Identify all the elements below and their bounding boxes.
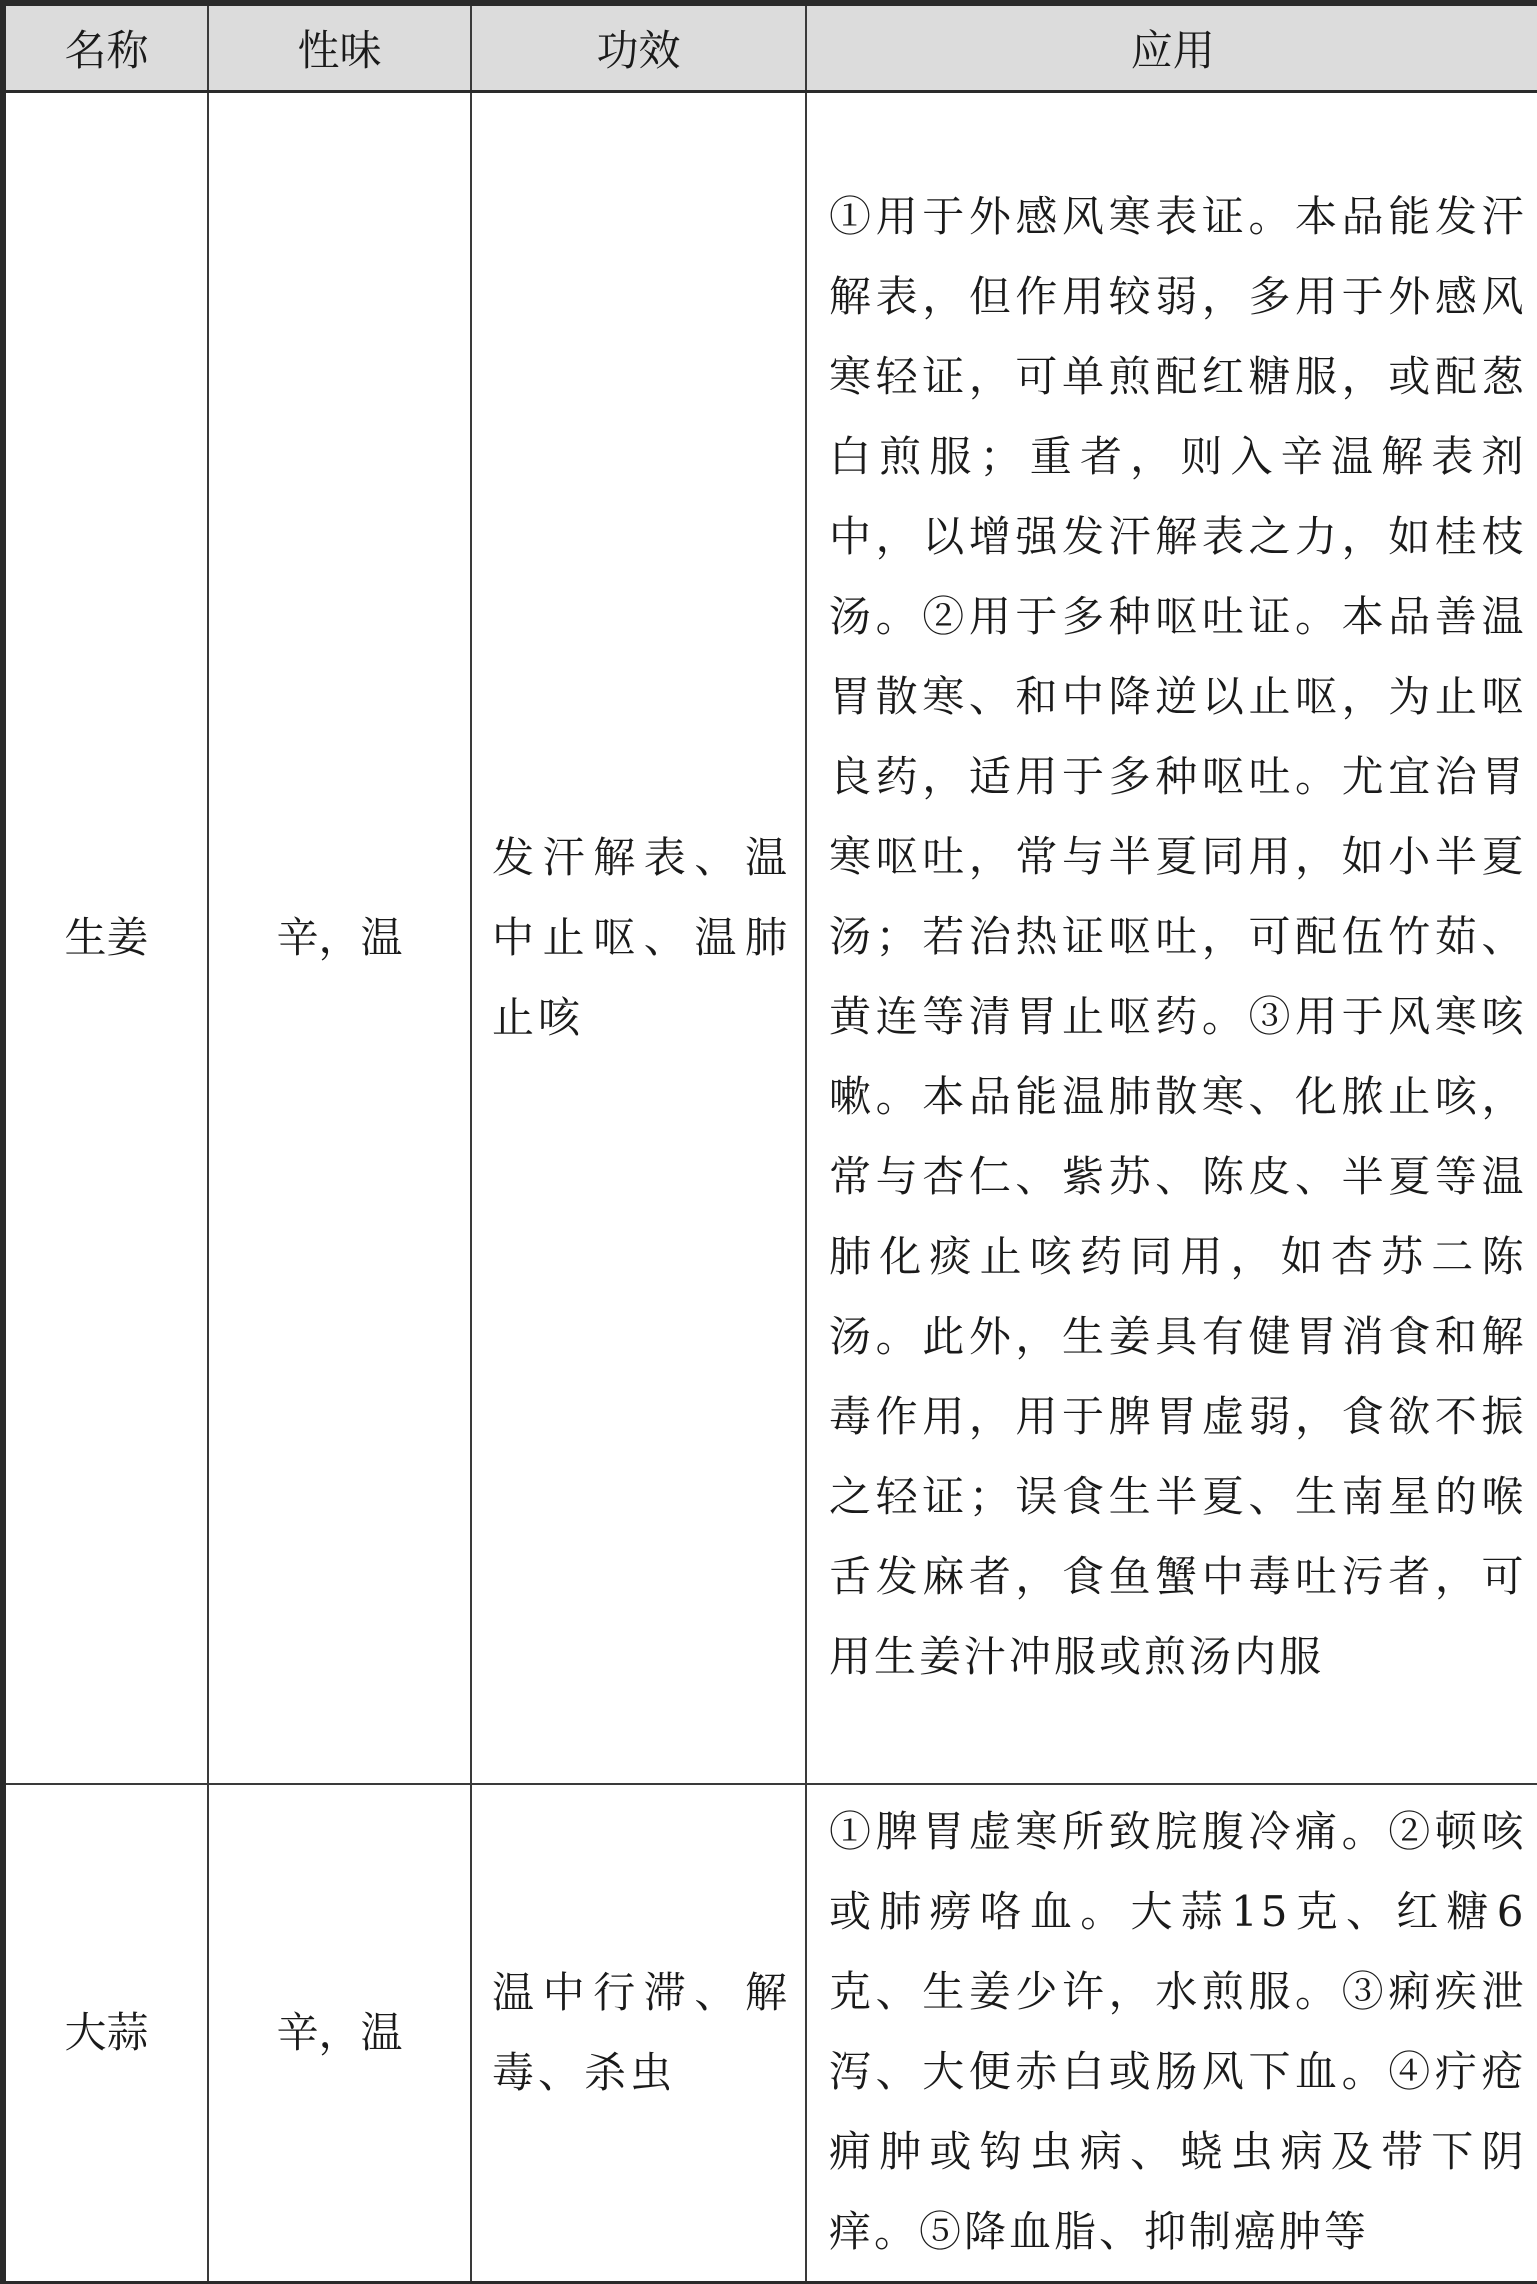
header-row: 名称 性味 功效 应用 — [3, 3, 1537, 92]
header-effect: 功效 — [471, 3, 806, 92]
cell-usage: ①脾胃虚寒所致脘腹冷痛。②顿咳或肺痨咯血。大蒜15克、红糖6克、生姜少许，水煎服… — [806, 1784, 1537, 2272]
table-row: 大蒜 辛，温 温中行滞、解毒、杀虫 ①脾胃虚寒所致脘腹冷痛。②顿咳或肺痨咯血。大… — [3, 1784, 1537, 2272]
header-name: 名称 — [3, 3, 208, 92]
table-body: 生姜 辛，温 发汗解表、温中止呕、温肺止咳 ①用于外感风寒表证。本品能发汗解表，… — [3, 92, 1537, 2273]
cell-name: 大蒜 — [3, 1784, 208, 2272]
cell-effect: 发汗解表、温中止呕、温肺止咳 — [471, 92, 806, 1785]
cell-name: 生姜 — [3, 92, 208, 1785]
herb-table-container: 名称 性味 功效 应用 生姜 辛，温 发汗解表、温中止呕、温肺止咳 ①用于外感风… — [0, 0, 1537, 2270]
header-nature: 性味 — [208, 3, 471, 92]
cell-usage: ①用于外感风寒表证。本品能发汗解表，但作用较弱，多用于外感风寒轻证，可单煎配红糖… — [806, 92, 1537, 1785]
table-row: 生姜 辛，温 发汗解表、温中止呕、温肺止咳 ①用于外感风寒表证。本品能发汗解表，… — [3, 92, 1537, 1785]
cell-effect: 温中行滞、解毒、杀虫 — [471, 1784, 806, 2272]
herb-table: 名称 性味 功效 应用 生姜 辛，温 发汗解表、温中止呕、温肺止咳 ①用于外感风… — [0, 0, 1537, 2272]
table-header: 名称 性味 功效 应用 — [3, 3, 1537, 92]
cell-nature: 辛，温 — [208, 92, 471, 1785]
header-usage: 应用 — [806, 3, 1537, 92]
cell-nature: 辛，温 — [208, 1784, 471, 2272]
